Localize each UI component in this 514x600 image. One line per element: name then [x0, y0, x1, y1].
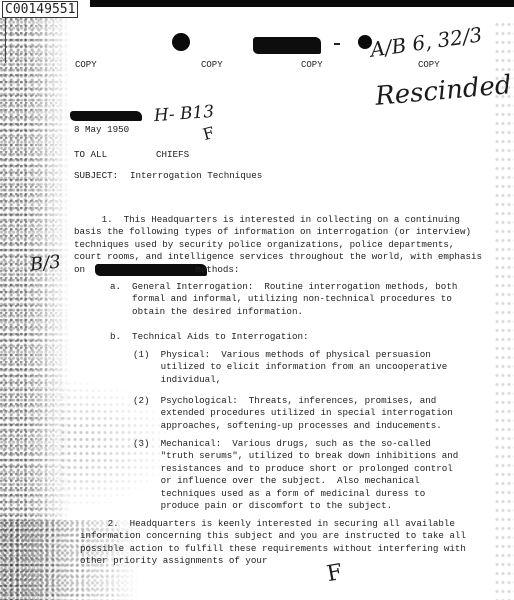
- item-b1-physical: (1) Physical: Various methods of physica…: [133, 349, 447, 386]
- scan-noise-right-edge: [494, 20, 514, 600]
- item-b1-line: (1) Physical: Various methods of physica…: [133, 349, 447, 361]
- left-border-line: [5, 18, 6, 63]
- redaction-header: [253, 37, 321, 54]
- paragraph-1-line: 1. This Headquarters is interested in co…: [74, 214, 482, 226]
- paragraph-1-line: basis the following types of information…: [74, 226, 482, 238]
- item-a-line: a. General Interrogation: Routine interr…: [110, 281, 457, 293]
- top-black-border: [90, 0, 514, 7]
- handwritten-f-top: F: [201, 123, 217, 144]
- handwritten-rescinded: Rescinded: [374, 70, 513, 112]
- item-b-heading: b. Technical Aids to Interrogation:: [110, 331, 308, 343]
- copy-stamp-3: COPY: [301, 60, 323, 70]
- paragraph-2-line: information concerning this subject and …: [80, 530, 466, 542]
- item-a-line: formal and informal, utilizing non-techn…: [110, 293, 457, 305]
- paragraph-1-line: court rooms, and intelligence services t…: [74, 251, 482, 263]
- item-b3-line: resistances and to produce short or prol…: [133, 463, 458, 475]
- memo-to-value: CHIEFS: [156, 149, 189, 161]
- scan-noise-left-margin: [0, 18, 70, 600]
- item-b2-line: extended procedures utilized in special …: [133, 407, 453, 419]
- copy-stamp-2: COPY: [201, 60, 223, 70]
- item-b3-mechanical: (3) Mechanical: Various drugs, such as t…: [133, 438, 458, 512]
- item-b2-line: (2) Psychological: Threats, inferences, …: [133, 395, 453, 407]
- item-b3-line: or influence over the subject. Also mech…: [133, 475, 458, 487]
- hole-punch-left: [172, 33, 190, 51]
- paragraph-2-line: other priority assignments of your: [80, 555, 466, 567]
- paragraph-1-line: techniques used by security police organ…: [74, 239, 482, 251]
- paragraph-2-line: possible action to fulfill these require…: [80, 543, 466, 555]
- item-a-general-interrogation: a. General Interrogation: Routine interr…: [110, 281, 457, 318]
- paragraph-1-line: on methods:: [74, 264, 482, 276]
- paragraph-1: 1. This Headquarters is interested in co…: [74, 214, 482, 276]
- dash-mark: [334, 43, 340, 45]
- memo-subject-label: SUBJECT:: [74, 170, 118, 182]
- document-id-stamp: C00149551: [2, 1, 78, 18]
- memo-subject-value: Interrogation Techniques: [130, 170, 262, 182]
- memo-to-label: TO ALL: [74, 149, 107, 161]
- redaction-origin: [70, 111, 142, 121]
- item-a-line: obtain the desired information.: [110, 306, 457, 318]
- item-b3-line: "truth serums", utilized to break down i…: [133, 450, 458, 462]
- copy-stamp-4: COPY: [418, 60, 440, 70]
- paragraph-2: 2. Headquarters is keenly interested in …: [80, 518, 466, 568]
- item-b3-line: (3) Mechanical: Various drugs, such as t…: [133, 438, 458, 450]
- handwritten-code: H- B13: [153, 102, 214, 126]
- item-b1-line: utilized to elicit information from an u…: [133, 361, 447, 373]
- copy-stamp-1: COPY: [75, 60, 97, 70]
- handwritten-reference: A/B 6, 32/3: [369, 22, 484, 61]
- item-b2-line: approaches, softening-up processes and i…: [133, 420, 453, 432]
- handwritten-margin-b3: B/3: [29, 251, 62, 275]
- item-b1-line: individual,: [133, 374, 447, 386]
- item-b3-line: produce pain or discomfort to the subjec…: [133, 500, 458, 512]
- item-b3-line: techniques used as a form of medicinal d…: [133, 488, 458, 500]
- item-b2-psychological: (2) Psychological: Threats, inferences, …: [133, 395, 453, 432]
- memo-date: 8 May 1950: [74, 124, 129, 136]
- paragraph-2-line: 2. Headquarters is keenly interested in …: [80, 518, 466, 530]
